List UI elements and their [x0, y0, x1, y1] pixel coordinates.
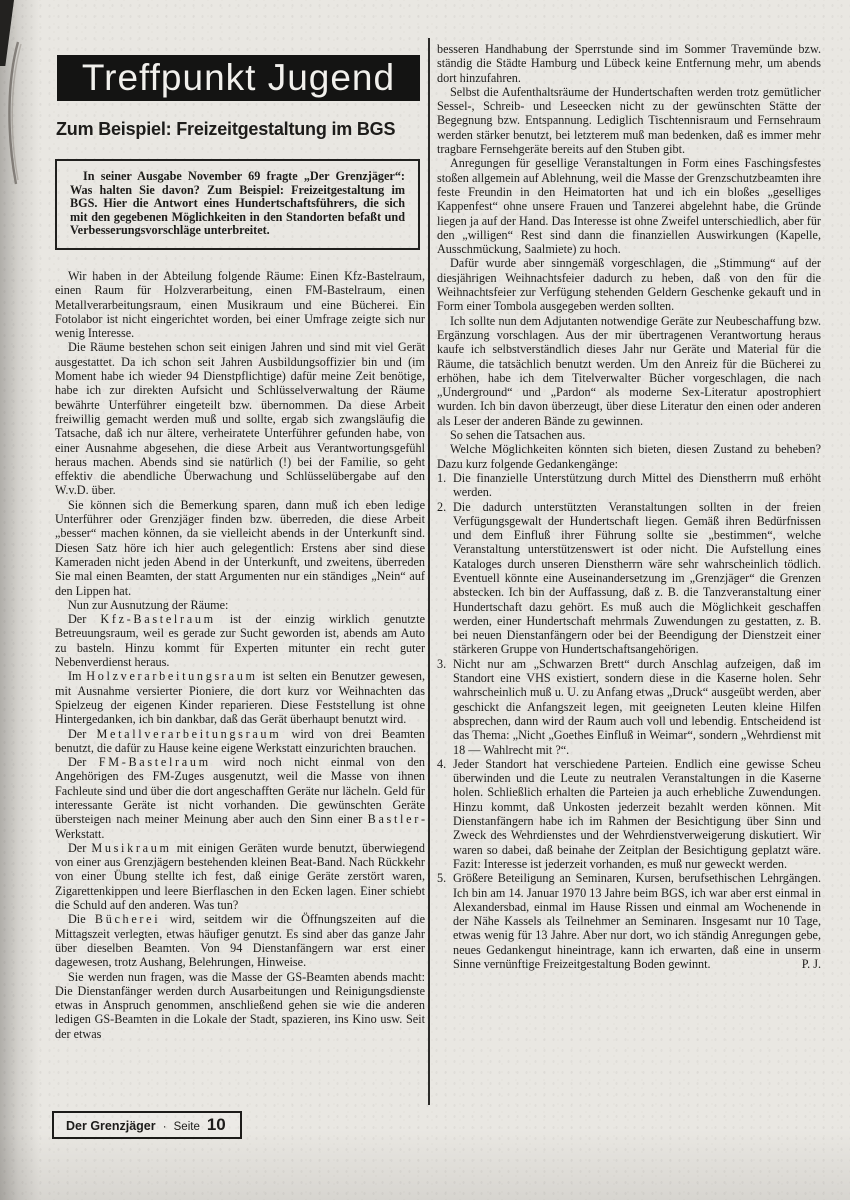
list-number: 4. — [437, 757, 446, 771]
text-run: Die dadurch unterstützten Veranstaltunge… — [453, 500, 821, 657]
paragraph: Der Kfz-Bastelraum ist der einzig wirkli… — [55, 612, 425, 669]
list-number: 3. — [437, 657, 446, 671]
left-column-text: Wir haben in der Abteilung folgende Räum… — [55, 269, 425, 1041]
paragraph: Der FM-Bastelraum wird noch nicht einmal… — [55, 755, 425, 841]
intro-box-text: In seiner Ausgabe November 69 fragte „De… — [70, 170, 405, 238]
text-run: Die finanzielle Unterstützung durch Mitt… — [453, 471, 821, 499]
text-run: Der — [68, 727, 96, 741]
text-run: Die — [68, 912, 95, 926]
list-number: 1. — [437, 471, 446, 485]
paragraph: besseren Handhabung der Sperrstunde sind… — [437, 42, 821, 85]
paragraph: Der Metallverarbeitungsraum wird von dre… — [55, 727, 425, 756]
section-heading: Zum Beispiel: Freizeitgestaltung im BGS — [56, 119, 395, 140]
text-run: Sie werden nun fragen, was die Masse der… — [55, 970, 425, 1041]
column-divider-rule — [428, 38, 430, 1105]
emphasized-room-name: Holzverarbeitungsraum — [86, 669, 257, 683]
footer-separator: · — [163, 1119, 167, 1133]
footer-page-number: 10 — [207, 1116, 226, 1133]
paragraph: Die Bücherei wird, seitdem wir die Öffnu… — [55, 912, 425, 969]
list-item: 5.Größere Beteiligung an Seminaren, Kurs… — [437, 871, 821, 971]
list-item: 1.Die finanzielle Unterstützung durch Mi… — [437, 471, 821, 500]
paragraph: Im Holzverarbeitungsraum ist selten ein … — [55, 669, 425, 726]
paragraph: Wir haben in der Abteilung folgende Räum… — [55, 269, 425, 340]
text-run: So sehen die Tatsachen aus. — [450, 428, 585, 442]
text-run: Ich sollte nun dem Adjutanten notwendige… — [437, 314, 821, 428]
text-run: Anregungen für gesellige Veranstaltungen… — [437, 156, 821, 256]
text-run: Selbst die Aufenthaltsräume der Hunderts… — [437, 85, 821, 156]
title-banner-text: Treffpunkt Jugend — [82, 57, 395, 99]
bottom-edge-shade — [0, 1130, 850, 1200]
scan-scratch-artifact — [3, 38, 29, 188]
text-run: Größere Beteiligung an Seminaren, Kursen… — [453, 871, 821, 971]
text-run: besseren Handhabung der Sperrstunde sind… — [437, 42, 821, 85]
footer-page-marker: Der Grenzjäger · Seite 10 — [52, 1111, 242, 1139]
paragraph: Selbst die Aufenthaltsräume der Hunderts… — [437, 85, 821, 156]
emphasized-room-name: Kfz-Bastelraum — [100, 612, 215, 626]
paragraph: Anregungen für gesellige Veranstaltungen… — [437, 156, 821, 256]
text-run: Wir haben in der Abteilung folgende Räum… — [55, 269, 425, 340]
list-item: 2.Die dadurch unterstützten Veranstaltun… — [437, 500, 821, 657]
author-initials: P. J. — [802, 957, 821, 971]
text-run: Der — [68, 612, 100, 626]
text-run: Dafür wurde aber sinngemäß vorgeschlagen… — [437, 256, 821, 313]
text-run: Im — [68, 669, 86, 683]
title-banner: Treffpunkt Jugend — [57, 55, 420, 101]
text-run: Der — [68, 755, 99, 769]
paragraph: Sie werden nun fragen, was die Masse der… — [55, 970, 425, 1041]
emphasized-room-name: Musikraum — [91, 841, 171, 855]
paragraph: So sehen die Tatsachen aus. — [437, 428, 821, 442]
paragraph: Dafür wurde aber sinngemäß vorgeschlagen… — [437, 256, 821, 313]
paragraph: Welche Möglichkeiten könnten sich bieten… — [437, 442, 821, 471]
text-run: Der — [68, 841, 91, 855]
paragraph: Die Räume bestehen schon seit einigen Ja… — [55, 340, 425, 497]
emphasized-room-name: Metallverarbeitungsraum — [96, 727, 281, 741]
footer-magazine-name: Der Grenzjäger — [66, 1119, 156, 1133]
magazine-page: Treffpunkt Jugend Zum Beispiel: Freizeit… — [0, 0, 850, 1200]
text-run: Welche Möglichkeiten könnten sich bieten… — [437, 442, 821, 470]
list-number: 5. — [437, 871, 446, 885]
text-run: Nicht nur am „Schwarzen Brett“ durch Ans… — [453, 657, 821, 757]
emphasized-room-name: Bücherei — [95, 912, 160, 926]
paragraph: Der Musikraum mit einigen Geräten wurde … — [55, 841, 425, 912]
list-item: 3.Nicht nur am „Schwarzen Brett“ durch A… — [437, 657, 821, 757]
emphasized-room-name: FM-Bastelraum — [99, 755, 211, 769]
footer-page-label: Seite — [174, 1121, 200, 1133]
text-run: Sie können sich die Bemerkung sparen, da… — [55, 498, 425, 598]
right-column-text: besseren Handhabung der Sperrstunde sind… — [437, 42, 821, 971]
intro-box: In seiner Ausgabe November 69 fragte „De… — [55, 159, 420, 250]
paragraph: Sie können sich die Bemerkung sparen, da… — [55, 498, 425, 598]
paragraph: Ich sollte nun dem Adjutanten notwendige… — [437, 314, 821, 428]
text-run: Nun zur Ausnutzung der Räume: — [68, 598, 228, 612]
list-number: 2. — [437, 500, 446, 514]
paragraph: Nun zur Ausnutzung der Räume: — [55, 598, 425, 612]
list-item: 4.Jeder Standort hat verschiedene Partei… — [437, 757, 821, 871]
text-run: Die Räume bestehen schon seit einigen Ja… — [55, 340, 425, 497]
text-run: Jeder Standort hat verschiedene Parteien… — [453, 757, 821, 871]
emphasized-room-name: Bastler — [368, 812, 421, 826]
